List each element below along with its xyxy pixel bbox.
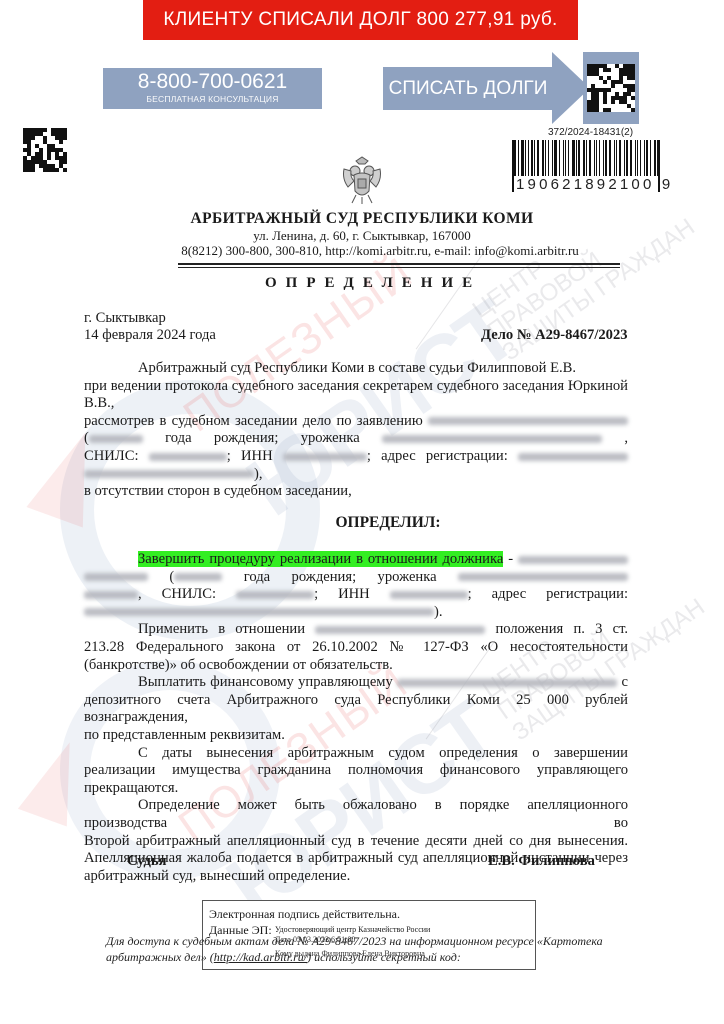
document-title: ОПРЕДЕЛЕНИЕ bbox=[265, 275, 481, 292]
barcode-digits: 190621892100 9 bbox=[516, 176, 673, 193]
redacted-birthplace bbox=[458, 573, 628, 581]
redacted-name bbox=[84, 573, 148, 581]
intro-paragraph: в отсутствии сторон в судебном заседании… bbox=[84, 483, 628, 501]
ruling-text: с bbox=[622, 674, 628, 690]
footer-note: Для доступа к судебным актам дела № А29-… bbox=[106, 933, 626, 965]
intro-paragraph: рассмотрев в судебном заседании дело по … bbox=[84, 413, 628, 431]
promo-banner[interactable]: КЛИЕНТУ СПИСАЛИ ДОЛГ 800 277,91 руб. bbox=[143, 0, 578, 40]
intro-text: рассмотрев в судебном заседании дело по … bbox=[84, 413, 423, 429]
redacted-address bbox=[518, 453, 628, 461]
kad-arbitr-link[interactable]: http://kad.arbitr.ru/ bbox=[214, 950, 307, 964]
phone-subtitle: БЕСПЛАТНАЯ КОНСУЛЬТАЦИЯ bbox=[103, 94, 322, 104]
intro-paragraph: при ведении протокола судебного заседани… bbox=[84, 378, 628, 396]
intro-text: ; адрес регистрации: bbox=[367, 448, 508, 464]
footer-line: Для доступа к судебным актам дела № А29-… bbox=[106, 933, 626, 949]
footer-text: ) используйте секретный код: bbox=[307, 950, 461, 964]
highlighted-ruling: Завершить процедуру реализации в отношен… bbox=[138, 551, 503, 567]
redacted-address bbox=[84, 470, 254, 478]
ruling-paragraph: по представленным реквизитам. bbox=[84, 727, 628, 745]
coat-of-arms-icon bbox=[338, 155, 386, 205]
ruling-paragraph: С даты вынесения арбитражным судом опред… bbox=[84, 745, 628, 763]
ruling-paragraph: ). bbox=[84, 604, 628, 622]
phone-consultation-button[interactable]: 8-800-700-0621 БЕСПЛАТНАЯ КОНСУЛЬТАЦИЯ bbox=[103, 68, 322, 109]
ruling-paragraph: реализации имущества гражданина полномоч… bbox=[84, 762, 628, 780]
qr-code-icon bbox=[23, 128, 67, 172]
intro-paragraph: ( года рождения; уроженка , bbox=[84, 430, 628, 448]
intro-text: года рождения; уроженка bbox=[165, 430, 360, 446]
signature-valid: Электронная подпись действительна. bbox=[209, 907, 400, 922]
intro-text: , bbox=[624, 430, 628, 446]
ruling-paragraph: Второй арбитражный апелляционный суд в т… bbox=[84, 833, 628, 851]
court-contact: 8(8212) 300-800, 300-810, http://komi.ar… bbox=[0, 243, 724, 259]
ruling-paragraph: депозитного счета Арбитражного суда Респ… bbox=[84, 692, 628, 727]
ruling-paragraph: Применить в отношении положения п. 3 ст. bbox=[84, 621, 628, 639]
redacted-address bbox=[84, 608, 434, 616]
ruling-paragraph: Завершить процедуру реализации в отношен… bbox=[84, 551, 628, 569]
ruling-text: ; ИНН bbox=[314, 586, 370, 602]
intro-paragraph: В.В., bbox=[84, 395, 628, 413]
ruling-text: Применить в отношении bbox=[138, 621, 305, 637]
watermark-ribbon-icon bbox=[18, 734, 94, 827]
ruling-paragraph: прекращаются. bbox=[84, 780, 628, 798]
intro-paragraph: СНИЛС: ; ИНН ; адрес регистрации: bbox=[84, 448, 628, 466]
phone-number: 8-800-700-0621 bbox=[103, 68, 322, 94]
redacted-birthdate bbox=[89, 435, 143, 443]
ruling-text: , СНИЛС: bbox=[138, 586, 216, 602]
redacted-snils bbox=[236, 591, 314, 599]
ruling-paragraph: 213.28 Федерального закона от 26.10.2002… bbox=[84, 639, 628, 657]
redacted-birthplace bbox=[382, 435, 602, 443]
ruling-text: ; адрес регистрации: bbox=[468, 586, 628, 602]
intro-paragraph: Арбитражный суд Республики Коми в состав… bbox=[84, 360, 628, 378]
redacted-name bbox=[315, 626, 485, 634]
redacted-inn bbox=[390, 591, 468, 599]
document-city: г. Сыктывкар bbox=[84, 310, 166, 328]
ruling-text: положения п. 3 ст. bbox=[495, 621, 628, 637]
judge-name: Е.В. Филиппова bbox=[488, 853, 595, 871]
ruling-heading: ОПРЕДЕЛИЛ: bbox=[0, 514, 724, 532]
ruling-text: года рождения; уроженка bbox=[244, 569, 437, 585]
judge-label: Судья bbox=[127, 853, 167, 871]
redacted-snils bbox=[149, 453, 227, 461]
barcode-label: 372/2024-18431(2) bbox=[548, 127, 633, 138]
header-divider bbox=[178, 263, 620, 265]
ruling-paragraph: (банкротстве)» об освобождении от обязат… bbox=[84, 657, 628, 675]
redacted-manager-name bbox=[397, 679, 617, 687]
case-number: Дело № А29-8467/2023 bbox=[481, 327, 628, 345]
ruling-paragraph: Определение может быть обжаловано в поря… bbox=[84, 797, 628, 832]
intro-paragraph: ), bbox=[84, 466, 628, 484]
ruling-paragraph: Выплатить финансовому управляющему с bbox=[84, 674, 628, 692]
intro-text: ), bbox=[254, 466, 263, 482]
redacted-birthdate bbox=[174, 573, 222, 581]
barcode-icon bbox=[512, 140, 660, 176]
promo-qr-frame[interactable] bbox=[583, 52, 639, 124]
ruling-text: Выплатить финансовому управляющему bbox=[138, 674, 393, 690]
court-address: ул. Ленина, д. 60, г. Сыктывкар, 167000 bbox=[0, 228, 724, 244]
redacted-inn bbox=[283, 453, 367, 461]
footer-text: арбитражных дел» ( bbox=[106, 950, 214, 964]
write-off-debts-button[interactable]: СПИСАТЬ ДОЛГИ bbox=[383, 67, 553, 110]
court-name: АРБИТРАЖНЫЙ СУД РЕСПУБЛИКИ КОМИ bbox=[0, 210, 724, 228]
ruling-text: - bbox=[503, 551, 513, 567]
intro-text: ; ИНН bbox=[227, 448, 273, 464]
qr-code-icon bbox=[587, 64, 635, 112]
ruling-text: ). bbox=[434, 604, 443, 620]
footer-line: арбитражных дел» (http://kad.arbitr.ru/)… bbox=[106, 949, 626, 965]
redacted-name bbox=[518, 556, 628, 564]
redacted-birthplace bbox=[84, 591, 138, 599]
watermark-divider bbox=[416, 251, 486, 350]
barcode-guard bbox=[512, 140, 514, 192]
ruling-paragraph: , СНИЛС: ; ИНН ; адрес регистрации: bbox=[84, 586, 628, 604]
header-divider bbox=[178, 267, 620, 268]
redacted-name bbox=[428, 417, 628, 425]
intro-text: СНИЛС: bbox=[84, 448, 139, 464]
ruling-paragraph: ( года рождения; уроженка bbox=[84, 569, 628, 587]
document-date: 14 февраля 2024 года bbox=[84, 327, 216, 345]
